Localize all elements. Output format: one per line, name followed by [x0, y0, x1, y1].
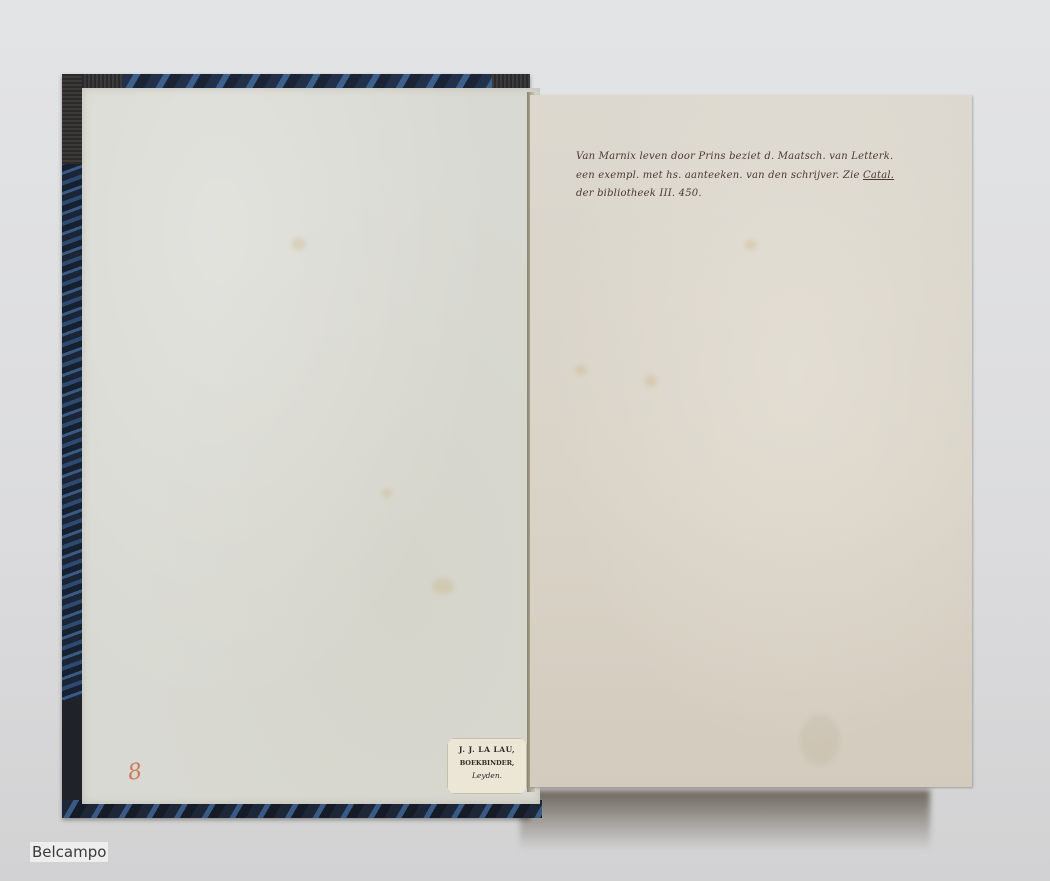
foxing-spot: [432, 578, 454, 594]
inscription-line-1: Van Marnix leven door Prins beziet d. Ma…: [576, 148, 961, 167]
inscription-underlined-word: Catal.: [863, 170, 894, 181]
watermark-label: Belcampo: [30, 842, 108, 862]
front-pastedown: [82, 88, 540, 804]
handwritten-inscription: Van Marnix leven door Prins beziet d. Ma…: [576, 148, 961, 204]
binder-label-city: Leyden.: [448, 771, 526, 780]
foxing-spot: [292, 238, 306, 250]
leather-corner-top: [62, 74, 82, 164]
board-top-edge: [62, 74, 530, 88]
book-shadow: [520, 790, 930, 850]
foxing-spot: [645, 375, 657, 387]
binder-label-name: J. J. LA LAU,: [448, 745, 526, 754]
binder-label: J. J. LA LAU, BOEKBINDER, Leyden.: [447, 738, 527, 794]
foxing-spot: [745, 240, 757, 250]
inscription-line-2: een exempl. met hs. aanteeken. van den s…: [576, 167, 961, 186]
foxing-spot: [575, 365, 587, 375]
marbled-top-strip: [122, 74, 492, 88]
inscription-line-3: der bibliotheek III. 450.: [576, 185, 961, 204]
stain: [800, 715, 840, 765]
foxing-spot: [382, 488, 392, 498]
binder-label-trade: BOEKBINDER,: [448, 759, 526, 767]
